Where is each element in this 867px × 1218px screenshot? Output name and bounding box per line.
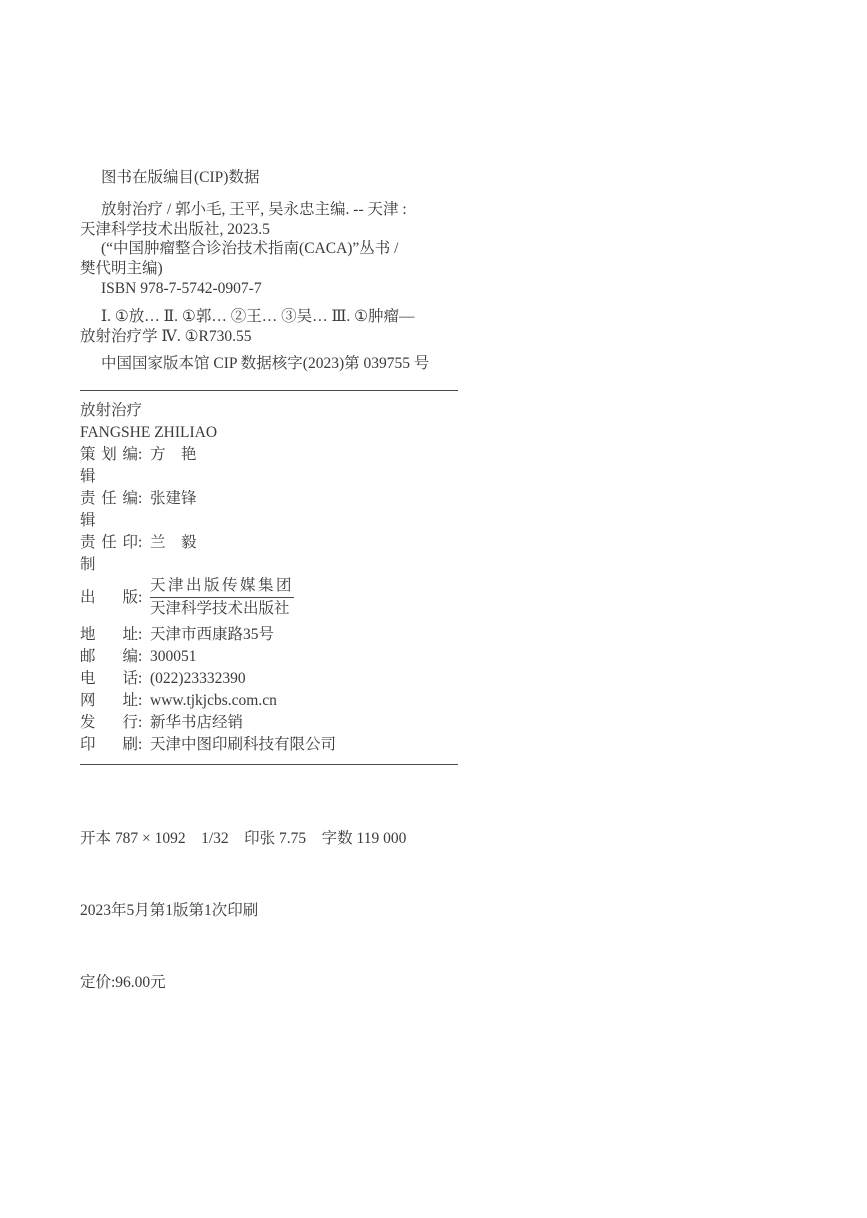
staff-label: 责任编辑 xyxy=(80,488,138,532)
label-colon: : xyxy=(138,734,150,756)
cip-series-editor-line: 樊代明主编) xyxy=(80,259,460,279)
label-colon: : xyxy=(138,712,150,734)
book-title-pinyin: FANGSHE ZHILIAO xyxy=(80,422,460,444)
staff-value: 张建锋 xyxy=(150,488,197,510)
book-title-cn: 放射治疗 xyxy=(80,400,460,422)
info-row-printer: 印刷: 天津中图印刷科技有限公司 xyxy=(80,734,460,756)
staff-row-planning-editor: 策划编辑: 方 艳 xyxy=(80,444,460,488)
label-colon: : xyxy=(138,587,150,609)
info-row-postcode: 邮编: 300051 xyxy=(80,646,460,668)
staff-value: 兰 毅 xyxy=(150,532,197,554)
info-row-distribution: 发行: 新华书店经销 xyxy=(80,712,460,734)
format-line: 开本 787 × 1092 1/32 印张 7.75 字数 119 000 xyxy=(80,827,460,851)
staff-row-print-supervisor: 责任印制: 兰 毅 xyxy=(80,532,460,576)
publisher-value: 天津出版传媒集团 天津科学技术出版社 xyxy=(150,576,294,619)
divider-top xyxy=(80,390,458,391)
staff-label: 责任印制 xyxy=(80,532,138,576)
info-row-phone: 电话: (022)23332390 xyxy=(80,668,460,690)
info-value-address: 天津市西康路35号 xyxy=(150,624,274,646)
info-value-printer: 天津中图印刷科技有限公司 xyxy=(150,734,336,756)
publisher-press: 天津科学技术出版社 xyxy=(150,598,294,619)
label-colon: : xyxy=(138,646,150,668)
cip-classification-line-2: 放射治疗学 Ⅳ. ①R730.55 xyxy=(80,327,460,347)
info-value-phone: (022)23332390 xyxy=(150,668,246,690)
label-colon: : xyxy=(138,532,150,554)
publisher-label: 出版 xyxy=(80,587,138,609)
cip-isbn-line: ISBN 978-7-5742-0907-7 xyxy=(80,279,460,299)
cip-classification-line-1: Ⅰ. ①放… Ⅱ. ①郭… ②王… ③吴… Ⅲ. ①肿瘤— xyxy=(80,307,460,327)
copyright-page: 图书在版编目(CIP)数据 放射治疗 / 郭小毛, 王平, 吴永忠主编. -- … xyxy=(0,0,867,1218)
info-value-distribution: 新华书店经销 xyxy=(150,712,243,734)
page-content: 图书在版编目(CIP)数据 放射治疗 / 郭小毛, 王平, 吴永忠主编. -- … xyxy=(80,168,460,1043)
info-row-website: 网址: www.tjkjcbs.com.cn xyxy=(80,690,460,712)
price-line: 定价:96.00元 xyxy=(80,971,460,995)
label-colon: : xyxy=(138,444,150,466)
publisher-group: 天津出版传媒集团 xyxy=(150,576,294,598)
publisher-row: 出版: 天津出版传媒集团 天津科学技术出版社 xyxy=(80,576,460,619)
printrun-block: 开本 787 × 1092 1/32 印张 7.75 字数 119 000 20… xyxy=(80,779,460,1043)
cip-block: 图书在版编目(CIP)数据 放射治疗 / 郭小毛, 王平, 吴永忠主编. -- … xyxy=(80,168,460,374)
info-value-website: www.tjkjcbs.com.cn xyxy=(150,690,277,712)
info-label: 电话 xyxy=(80,668,138,690)
cip-publisher-line: 天津科学技术出版社, 2023.5 xyxy=(80,220,460,240)
info-value-postcode: 300051 xyxy=(150,646,197,668)
edition-line: 2023年5月第1版第1次印刷 xyxy=(80,899,460,923)
label-colon: : xyxy=(138,624,150,646)
info-label: 网址 xyxy=(80,690,138,712)
staff-label: 策划编辑 xyxy=(80,444,138,488)
cip-header: 图书在版编目(CIP)数据 xyxy=(80,168,460,188)
info-label: 邮编 xyxy=(80,646,138,668)
info-row-address: 地址: 天津市西康路35号 xyxy=(80,624,460,646)
staff-value: 方 艳 xyxy=(150,444,197,466)
info-label: 地址 xyxy=(80,624,138,646)
info-label: 印刷 xyxy=(80,734,138,756)
cip-title-statement-line: 放射治疗 / 郭小毛, 王平, 吴永忠主编. -- 天津 : xyxy=(80,200,460,220)
cip-series-line: (“中国肿瘤整合诊治技术指南(CACA)”丛书 / xyxy=(80,239,460,259)
cip-registration-line: 中国国家版本馆 CIP 数据核字(2023)第 039755 号 xyxy=(80,354,460,374)
label-colon: : xyxy=(138,668,150,690)
label-colon: : xyxy=(138,488,150,510)
colophon-block: 放射治疗 FANGSHE ZHILIAO 策划编辑: 方 艳 责任编辑: 张建锋… xyxy=(80,400,460,756)
label-colon: : xyxy=(138,690,150,712)
divider-bottom xyxy=(80,764,458,765)
info-label: 发行 xyxy=(80,712,138,734)
staff-row-responsible-editor: 责任编辑: 张建锋 xyxy=(80,488,460,532)
